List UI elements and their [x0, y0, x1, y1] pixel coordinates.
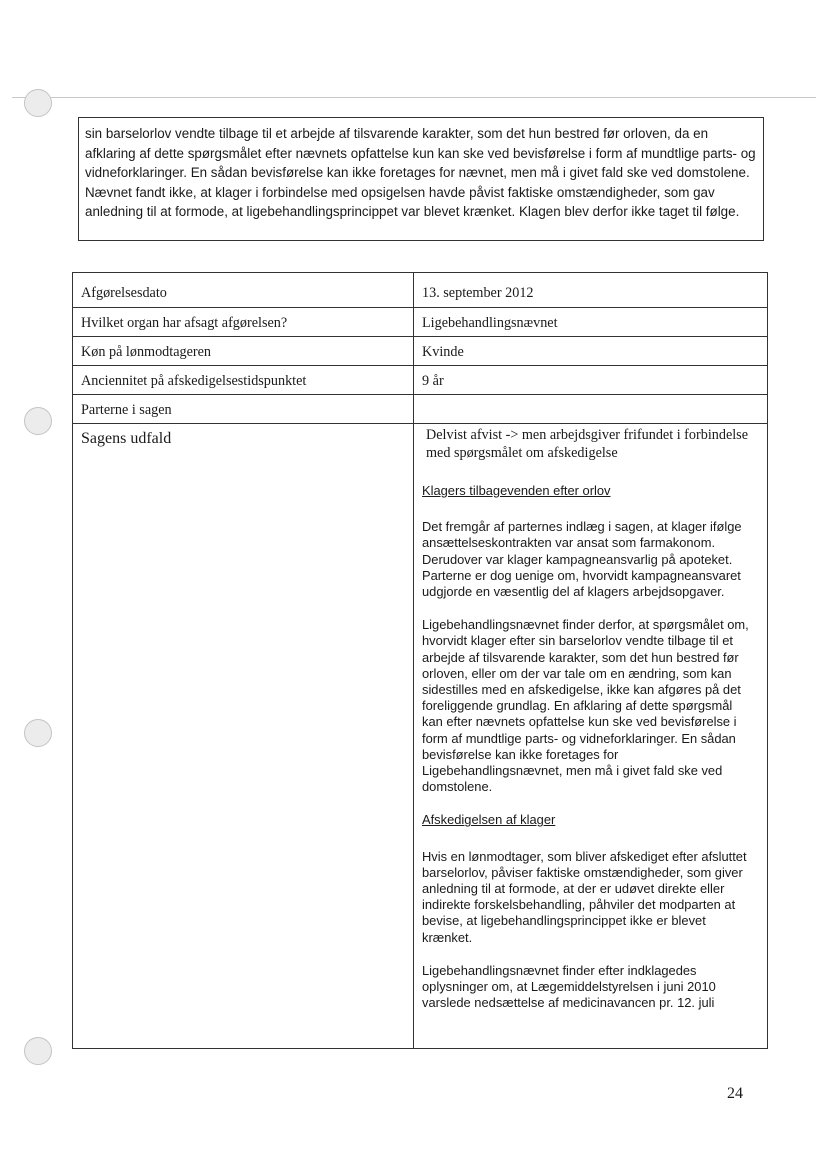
- seniority-value: 9 år: [414, 366, 768, 395]
- row-label: Sagens udfald: [73, 424, 414, 1049]
- row-label: Anciennitet på afskedigelsestidspunktet: [73, 366, 414, 395]
- table-row: Hvilket organ har afsagt afgørelsen? Lig…: [73, 308, 768, 337]
- page-number: 24: [727, 1085, 743, 1103]
- scan-rule-line: [12, 97, 816, 98]
- parties-value: [414, 395, 768, 424]
- decision-date-value: 13. september 2012: [414, 273, 768, 308]
- table-row: Parterne i sagen: [73, 395, 768, 424]
- case-info-table: Afgørelsesdato 13. september 2012 Hvilke…: [72, 272, 768, 1049]
- row-label: Køn på lønmodtageren: [73, 337, 414, 366]
- gender-value: Kvinde: [414, 337, 768, 366]
- outcome-summary: Delvist afvist -> men arbejdsgiver frifu…: [422, 424, 759, 462]
- outcome-cell: Delvist afvist -> men arbejdsgiver frifu…: [414, 424, 768, 1049]
- table-row: Anciennitet på afskedigelsestidspunktet …: [73, 366, 768, 395]
- section-heading: Klagers tilbagevenden efter orlov: [422, 483, 753, 499]
- case-summary-box: sin barselorlov vendte tilbage til et ar…: [78, 117, 764, 241]
- table-row: Sagens udfald Delvist afvist -> men arbe…: [73, 424, 768, 1049]
- table-row: Afgørelsesdato 13. september 2012: [73, 273, 768, 308]
- paragraph: Hvis en lønmodtager, som bliver afskedig…: [422, 849, 753, 946]
- row-label: Afgørelsesdato: [73, 273, 414, 308]
- decision-text: Klagers tilbagevenden efter orlov Det fr…: [422, 483, 759, 1011]
- authority-value: Ligebehandlingsnævnet: [414, 308, 768, 337]
- row-label: Parterne i sagen: [73, 395, 414, 424]
- table-row: Køn på lønmodtageren Kvinde: [73, 337, 768, 366]
- punch-hole-icon: [24, 407, 52, 435]
- punch-hole-icon: [24, 89, 52, 117]
- punch-hole-icon: [24, 719, 52, 747]
- punch-hole-icon: [24, 1037, 52, 1065]
- paragraph: Det fremgår af parternes indlæg i sagen,…: [422, 519, 753, 600]
- case-summary-text: sin barselorlov vendte tilbage til et ar…: [85, 126, 756, 219]
- paragraph: Ligebehandlingsnævnet finder derfor, at …: [422, 617, 753, 795]
- paragraph: Ligebehandlingsnævnet finder efter indkl…: [422, 963, 753, 1012]
- row-label: Hvilket organ har afsagt afgørelsen?: [73, 308, 414, 337]
- section-heading: Afskedigelsen af klager: [422, 812, 753, 828]
